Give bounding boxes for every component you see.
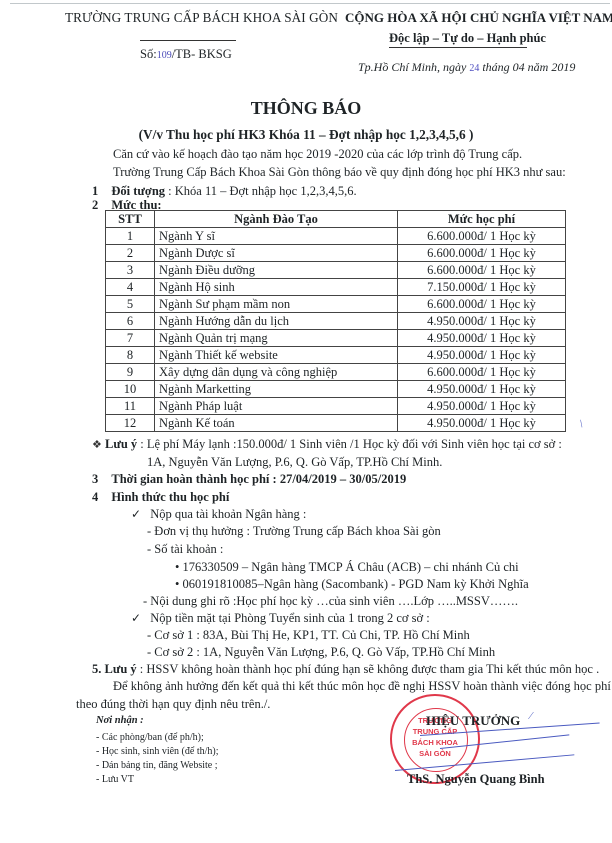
section-1: 1 Đối tượng : Khóa 11 – Đợt nhập học 1,2… — [92, 184, 357, 199]
row-stt: 1 — [106, 228, 155, 245]
section-3-number: 3 — [92, 472, 98, 486]
bullet-icon: • — [175, 577, 183, 591]
row-fee: 6.600.000đ/ 1 Học kỳ — [398, 245, 566, 262]
doc-number-prefix: Số: — [140, 47, 157, 61]
bank-account-sacombank: • 060191810085–Ngân hàng (Sacombank) - P… — [175, 577, 529, 592]
row-stt: 10 — [106, 381, 155, 398]
table-row: 2Ngành Dược sĩ6.600.000đ/ 1 Học kỳ — [106, 245, 566, 262]
row-major: Ngành Hướng dẫn du lịch — [155, 313, 398, 330]
signer-name: ThS. Nguyễn Quang Bình — [407, 772, 545, 787]
section-3: 3 Thời gian hoàn thành học phí : 27/04/2… — [92, 472, 406, 487]
campus-1: - Cơ sở 1 : 83A, Bùi Thị He, KP1, TT. Củ… — [147, 628, 470, 643]
row-fee: 6.600.000đ/ 1 Học kỳ — [398, 228, 566, 245]
recipient-item: - Lưu VT — [96, 774, 134, 785]
bullet-icon: • — [175, 560, 183, 574]
document-title: THÔNG BÁO — [0, 98, 612, 119]
bank-beneficiary: - Đơn vị thụ hưởng : Trường Trung cấp Bá… — [147, 524, 441, 539]
pen-tick-mark-icon: / — [577, 418, 586, 430]
header-fee: Mức học phí — [398, 211, 566, 228]
row-stt: 8 — [106, 347, 155, 364]
fee-table: STT Ngành Đào Tạo Mức học phí 1Ngành Y s… — [105, 210, 566, 432]
table-row: 10Ngành Marketting4.950.000đ/ 1 Học kỳ — [106, 381, 566, 398]
row-fee: 4.950.000đ/ 1 Học kỳ — [398, 313, 566, 330]
table-row: 11Ngành Pháp luật4.950.000đ/ 1 Học kỳ — [106, 398, 566, 415]
table-row: 7Ngành Quản trị mạng4.950.000đ/ 1 Học kỳ — [106, 330, 566, 347]
bank-payment-title: ✓ Nộp qua tài khoản Ngân hàng : — [131, 507, 306, 522]
section-4-number: 4 — [92, 490, 98, 504]
check-icon: ✓ — [131, 507, 141, 521]
row-major: Ngành Thiết kế website — [155, 347, 398, 364]
section-1-label: Đối tượng — [111, 184, 165, 198]
section-3-label: Thời gian hoàn thành học phí : 27/04/201… — [111, 472, 406, 486]
stamp-line: BÁCH KHOA — [392, 738, 478, 748]
section-2-number: 2 — [92, 198, 98, 212]
date-suffix: tháng 04 năm 2019 — [482, 60, 575, 74]
section-5-label: 5. Lưu ý — [92, 662, 137, 676]
row-stt: 9 — [106, 364, 155, 381]
doc-number-suffix: /TB- BKSG — [172, 47, 232, 61]
header-stt: STT — [106, 211, 155, 228]
diamond-bullet-icon: ❖ — [92, 439, 102, 451]
section-5-line-2: Để không ảnh hưởng đến kết quả thi kết t… — [113, 679, 611, 694]
row-fee: 7.150.000đ/ 1 Học kỳ — [398, 279, 566, 296]
row-stt: 2 — [106, 245, 155, 262]
signer-title: HIỆU TRƯỞNG — [426, 713, 520, 729]
country-name: CỘNG HÒA XÃ HỘI CHỦ NGHĨA VIỆT NAM — [345, 10, 612, 26]
row-stt: 7 — [106, 330, 155, 347]
account-acb-text: 176330509 – Ngân hàng TMCP Á Châu (ACB) … — [183, 560, 519, 574]
recipient-item: - Các phòng/ban (để ph/h); — [96, 732, 204, 743]
recipients-title: Nơi nhận : — [96, 715, 144, 726]
bank-accounts-label: - Số tài khoản : — [147, 542, 223, 557]
document-number: Số:109/TB- BKSG — [140, 47, 232, 62]
row-major: Ngành Pháp luật — [155, 398, 398, 415]
date-line: Tp.Hồ Chí Minh, ngày 24 tháng 04 năm 201… — [358, 60, 575, 75]
bank-account-acb: • 176330509 – Ngân hàng TMCP Á Châu (ACB… — [175, 560, 519, 575]
document-subtitle: (V/v Thu học phí HK3 Khóa 11 – Đợt nhập … — [0, 127, 612, 143]
table-row: 8Ngành Thiết kế website4.950.000đ/ 1 Học… — [106, 347, 566, 364]
row-major: Ngành Y sĩ — [155, 228, 398, 245]
row-major: Xây dựng dân dụng và công nghiệp — [155, 364, 398, 381]
section-4: 4 Hình thức thu học phí — [92, 490, 229, 505]
row-fee: 4.950.000đ/ 1 Học kỳ — [398, 347, 566, 364]
row-major: Ngành Hộ sinh — [155, 279, 398, 296]
row-stt: 4 — [106, 279, 155, 296]
signature-flourish-icon: ⁄ — [530, 710, 532, 722]
row-fee: 4.950.000đ/ 1 Học kỳ — [398, 330, 566, 347]
row-major: Ngành Điều dưỡng — [155, 262, 398, 279]
table-row: 5Ngành Sư phạm mầm non6.600.000đ/ 1 Học … — [106, 296, 566, 313]
section-5-line-1: 5. Lưu ý : HSSV không hoàn thành học phí… — [92, 662, 599, 677]
row-fee: 4.950.000đ/ 1 Học kỳ — [398, 381, 566, 398]
row-stt: 11 — [106, 398, 155, 415]
table-row: 9Xây dựng dân dụng và công nghiệp6.600.0… — [106, 364, 566, 381]
bank-title-text: Nộp qua tài khoản Ngân hàng : — [150, 507, 306, 521]
school-name: TRƯỜNG TRUNG CẤP BÁCH KHOA SÀI GÒN — [65, 10, 338, 26]
note-line-1: ❖ Lưu ý : Lệ phí Máy lạnh :150.000đ/ 1 S… — [92, 437, 562, 452]
recipient-item: - Dán bảng tin, đăng Website ; — [96, 760, 217, 771]
school-underline — [140, 40, 236, 41]
cash-title-text: Nộp tiền mặt tại Phòng Tuyển sinh của 1 … — [150, 611, 430, 625]
row-stt: 5 — [106, 296, 155, 313]
row-major: Ngành Kế toán — [155, 415, 398, 432]
section-4-label: Hình thức thu học phí — [111, 490, 229, 504]
section-5-text: : HSSV không hoàn thành học phí đúng hạn… — [137, 662, 600, 676]
official-stamp: TRƯỜNG TRUNG CẤP BÁCH KHOA SÀI GÒN — [390, 694, 480, 784]
row-fee: 6.600.000đ/ 1 Học kỳ — [398, 364, 566, 381]
section-1-text: : Khóa 11 – Đợt nhập học 1,2,3,4,5,6. — [165, 184, 357, 198]
row-stt: 12 — [106, 415, 155, 432]
doc-number-handwritten: 109 — [157, 50, 172, 61]
scan-edge-line — [10, 3, 610, 4]
recipient-item: - Học sinh, sinh viên (để th/h); — [96, 746, 218, 757]
note-line-2: 1A, Nguyễn Văn Lượng, P.6, Q. Gò Vấp, TP… — [147, 455, 442, 470]
table-row: 4Ngành Hộ sinh7.150.000đ/ 1 Học kỳ — [106, 279, 566, 296]
row-major: Ngành Dược sĩ — [155, 245, 398, 262]
cash-payment-title: ✓ Nộp tiền mặt tại Phòng Tuyển sinh của … — [131, 611, 430, 626]
intro-line-2: Trường Trung Cấp Bách Khoa Sài Gòn thông… — [113, 165, 566, 180]
campus-2: - Cơ sở 2 : 1A, Nguyễn Văn Lượng, P.6, Q… — [147, 645, 495, 660]
row-fee: 6.600.000đ/ 1 Học kỳ — [398, 262, 566, 279]
section-5-line-3: theo đúng thời hạn quy định nêu trên./. — [76, 697, 270, 712]
row-fee: 6.600.000đ/ 1 Học kỳ — [398, 296, 566, 313]
row-major: Ngành Sư phạm mầm non — [155, 296, 398, 313]
table-row: 6Ngành Hướng dẫn du lịch4.950.000đ/ 1 Họ… — [106, 313, 566, 330]
table-row: 1Ngành Y sĩ6.600.000đ/ 1 Học kỳ — [106, 228, 566, 245]
date-prefix: Tp.Hồ Chí Minh, ngày — [358, 60, 466, 74]
table-row: 12Ngành Kế toán4.950.000đ/ 1 Học kỳ — [106, 415, 566, 432]
note-text: : Lệ phí Máy lạnh :150.000đ/ 1 Sinh viên… — [137, 437, 562, 451]
fee-table-header: STT Ngành Đào Tạo Mức học phí — [106, 211, 566, 228]
account-sacombank-text: 060191810085–Ngân hàng (Sacombank) - PGD… — [183, 577, 529, 591]
motto-underline — [389, 47, 527, 48]
check-icon: ✓ — [131, 611, 141, 625]
bank-transfer-content: - Nội dung ghi rõ :Học phí học kỳ …của s… — [143, 594, 518, 609]
section-1-number: 1 — [92, 184, 98, 198]
intro-line-1: Căn cứ vào kế hoạch đào tạo năm học 2019… — [113, 147, 522, 162]
national-motto: Độc lập – Tự do – Hạnh phúc — [389, 31, 546, 46]
row-fee: 4.950.000đ/ 1 Học kỳ — [398, 415, 566, 432]
table-row: 3Ngành Điều dưỡng6.600.000đ/ 1 Học kỳ — [106, 262, 566, 279]
header-major: Ngành Đào Tạo — [155, 211, 398, 228]
note-label: Lưu ý — [105, 437, 137, 451]
row-stt: 3 — [106, 262, 155, 279]
row-stt: 6 — [106, 313, 155, 330]
row-major: Ngành Marketting — [155, 381, 398, 398]
row-major: Ngành Quản trị mạng — [155, 330, 398, 347]
stamp-line: SÀI GÒN — [392, 749, 478, 759]
date-day-handwritten: 24 — [469, 63, 479, 74]
row-fee: 4.950.000đ/ 1 Học kỳ — [398, 398, 566, 415]
